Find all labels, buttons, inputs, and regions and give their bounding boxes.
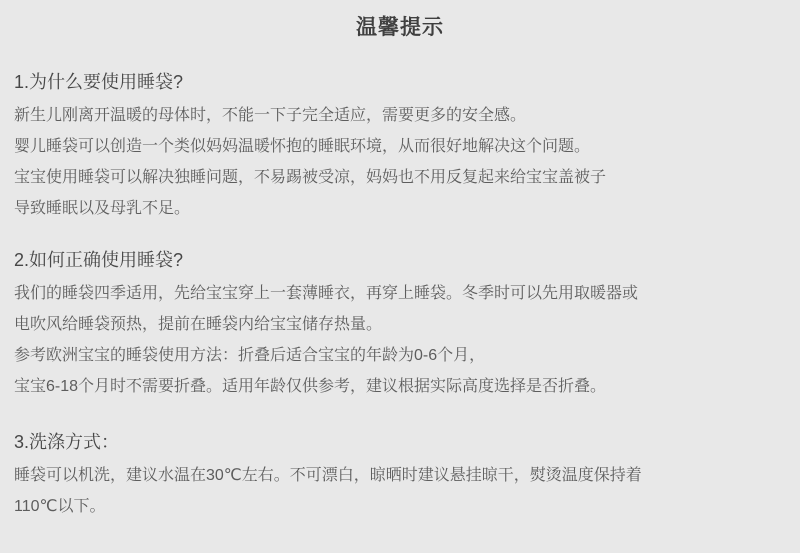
section-1-line-4: 导致睡眠以及母乳不足。	[14, 193, 786, 224]
section-1-line-3: 宝宝使用睡袋可以解决独睡问题，不易踢被受凉，妈妈也不用反复起来给宝宝盖被子	[14, 162, 786, 193]
section-3-line-2: 110℃以下。	[14, 491, 786, 522]
section-why-use-sleeping-bag: 1.为什么要使用睡袋? 新生儿刚离开温暖的母体时，不能一下子完全适应，需要更多的…	[14, 70, 786, 224]
page-title: 温馨提示	[14, 14, 786, 40]
section-washing-method: 3.洗涤方式： 睡袋可以机洗，建议水温在30℃左右。不可漂白，晾晒时建议悬挂晾干…	[14, 430, 786, 522]
section-1-heading: 1.为什么要使用睡袋?	[14, 70, 786, 94]
section-2-line-4: 宝宝6-18个月时不需要折叠。适用年龄仅供参考，建议根据实际高度选择是否折叠。	[14, 371, 786, 402]
section-2-line-1: 我们的睡袋四季适用，先给宝宝穿上一套薄睡衣，再穿上睡袋。冬季时可以先用取暖器或	[14, 278, 786, 309]
section-3-heading: 3.洗涤方式：	[14, 430, 786, 454]
warm-tips-page: 温馨提示 1.为什么要使用睡袋? 新生儿刚离开温暖的母体时，不能一下子完全适应，…	[0, 0, 800, 553]
section-1-line-2: 婴儿睡袋可以创造一个类似妈妈温暖怀抱的睡眠环境，从而很好地解决这个问题。	[14, 131, 786, 162]
section-2-line-3: 参考欧洲宝宝的睡袋使用方法：折叠后适合宝宝的年龄为0-6个月，	[14, 340, 786, 371]
section-2-heading: 2.如何正确使用睡袋?	[14, 248, 786, 272]
section-2-line-2: 电吹风给睡袋预热，提前在睡袋内给宝宝储存热量。	[14, 309, 786, 340]
section-1-line-1: 新生儿刚离开温暖的母体时，不能一下子完全适应，需要更多的安全感。	[14, 100, 786, 131]
section-how-to-use-sleeping-bag: 2.如何正确使用睡袋? 我们的睡袋四季适用，先给宝宝穿上一套薄睡衣，再穿上睡袋。…	[14, 248, 786, 402]
section-3-line-1: 睡袋可以机洗，建议水温在30℃左右。不可漂白，晾晒时建议悬挂晾干，熨烫温度保持着	[14, 460, 786, 491]
